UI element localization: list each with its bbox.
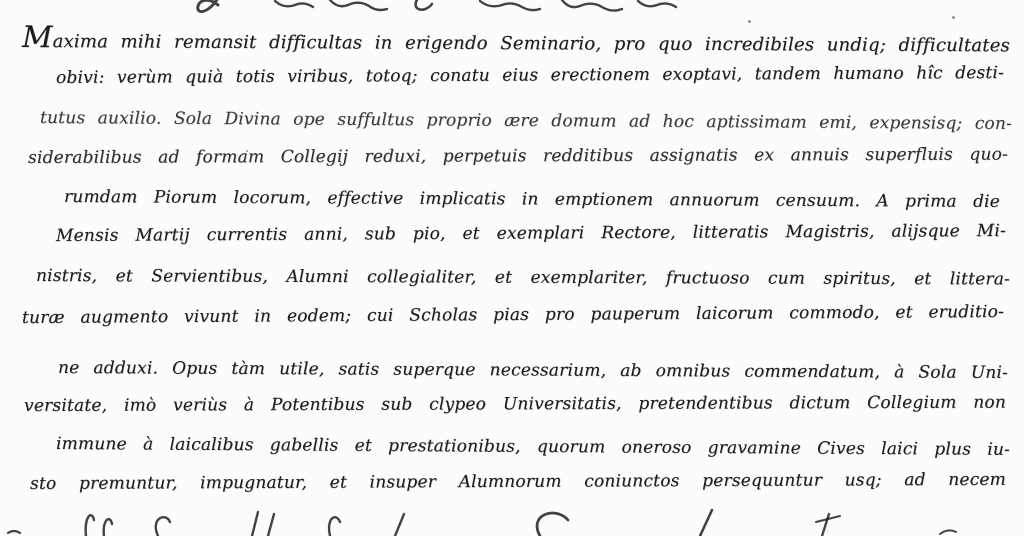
manuscript-line-4: siderabilibus ad formam Collegij reduxi,…	[28, 145, 1008, 168]
manuscript-line-5: rumdam Piorum locorum, effective implica…	[64, 187, 1000, 212]
manuscript-line-3: tutus auxilio. Sola Divina ope suffultus…	[40, 108, 1012, 134]
ink-speck	[246, 150, 248, 152]
manuscript-line-11: immune à laicalibus gabellis et prestati…	[56, 434, 1010, 460]
manuscript-line-7: nistris, et Servientibus, Alumni collegi…	[36, 266, 1010, 289]
ink-speck	[748, 20, 751, 23]
manuscript-page: Maxima mihi remansit difficultas in erig…	[0, 0, 1024, 536]
cropped-previous-line-strokes	[180, 0, 720, 18]
manuscript-line-9: ne adduxi. Opus tàm utile, satis superqu…	[58, 358, 1008, 383]
manuscript-line-2: obivi: verùm quià totis viribus, totoq; …	[56, 63, 1004, 88]
manuscript-line-8: turæ augmento vivunt in eodem; cui Schol…	[22, 302, 1004, 328]
manuscript-line-12: sto premuntur, impugnatur, et insuper Al…	[30, 470, 1006, 494]
manuscript-line-6: Mensis Martij currentis anni, sub pio, e…	[56, 221, 1006, 246]
manuscript-line-10: versitate, imò veriùs à Potentibus sub c…	[24, 393, 1006, 416]
cropped-next-line-strokes	[0, 506, 1024, 536]
manuscript-line-1: Maxima mihi remansit difficultas in erig…	[22, 28, 1010, 56]
ink-speck	[952, 16, 955, 19]
